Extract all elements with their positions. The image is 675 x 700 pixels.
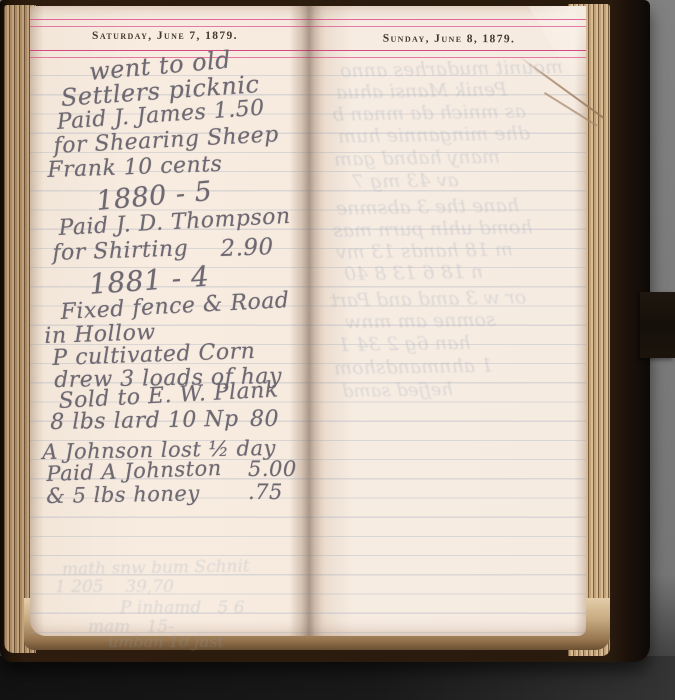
bleedthrough-text: hane the 3 absmne (336, 194, 519, 219)
bleedthrough-text: or w 3 amd and Part (330, 286, 527, 311)
bleedthrough-text: 1 ahnmandshom (334, 355, 493, 380)
diary-entry-amount: 5.00 (248, 457, 297, 481)
bleedthrough-text: m 18 hands 13 mv (336, 238, 513, 263)
diary-scan: Saturday, June 7, 1879. went to old Sett… (0, 0, 675, 700)
bleedthrough-text: n 18 6 13 8 40 (344, 261, 484, 285)
diary-entry-amount: .75 (248, 480, 283, 504)
clasp-strap (640, 292, 675, 358)
diary-entry: & 5 lbs honey (46, 481, 200, 508)
bleedthrough-text: P inhamd 5 6 (120, 598, 245, 618)
bleedthrough-text: dhe mingannie hum (338, 122, 530, 147)
bleedthrough-text: many habnd gam (334, 146, 500, 171)
book-gutter-shadow (290, 6, 326, 636)
bleedthrough-text: somne am mnw (345, 309, 496, 334)
diary-entry-amount: 80 (250, 407, 279, 432)
bleedthrough-text: av 43 mg 7 (352, 169, 459, 193)
page-header-right: Sunday, June 8, 1879. (320, 32, 578, 45)
bleedthrough-text: umban 10 just (108, 632, 224, 651)
diary-entry-amount: 2.90 (220, 234, 274, 262)
bleedthrough-text: mounit mudarhes anno (340, 56, 563, 82)
diary-entry: 8 lbs lard 10 Np (50, 407, 239, 435)
scanner-background (0, 656, 675, 700)
page-header-left: Saturday, June 7, 1879. (35, 30, 295, 42)
bleedthrough-text: Penik Mansi ahua (336, 79, 507, 104)
bleedthrough-text: han 6g 2 34 1 (338, 332, 471, 356)
bleedthrough-text: 1 205 39,70 (55, 577, 174, 597)
bleedthrough-text: hefjed samd (342, 379, 453, 402)
bleedthrough-text: as mnich da mnan b (332, 100, 526, 125)
